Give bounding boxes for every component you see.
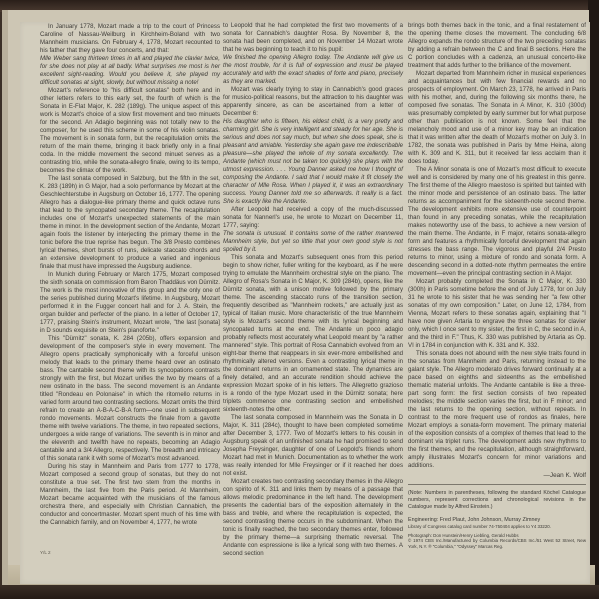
paragraph: brings both themes back in the tonic, an… xyxy=(408,22,586,70)
paragraph: Mozart departed from Mannheim richer in … xyxy=(408,70,586,166)
paragraph: In Munich during February or March 1775,… xyxy=(40,271,220,335)
paragraph: The last sonata composed in Mannheim was… xyxy=(223,414,403,478)
paragraph: Mozart probably completed the Sonata in … xyxy=(408,278,586,350)
author-signature: —Jean K. Wolf xyxy=(408,472,586,480)
paragraph: In January 1778, Mozart made a trip to t… xyxy=(40,23,220,55)
paragraph: After Leopold had received a copy of the… xyxy=(223,206,403,230)
paragraph: Mozart creates two contrasting secondary… xyxy=(223,478,403,558)
paragraph: This sonata does not abound with the new… xyxy=(408,350,586,470)
paragraph: This "Dürnitz" sonata, K. 284 (205b), of… xyxy=(40,335,220,463)
paragraph: Mozart's reference to "his difficult son… xyxy=(40,87,220,175)
engineering-credits: Engineering: Fred Plaut, John Johnson, M… xyxy=(408,517,586,524)
quote-paragraph: Mlle Weber sang thirteen times in all an… xyxy=(40,55,220,87)
quote-paragraph: The sonata is unusual. It contains some … xyxy=(223,230,403,254)
divider xyxy=(408,484,586,485)
photo-frame-bottom xyxy=(0,585,599,599)
library-of-congress-line: Library of Congress catalog card number … xyxy=(408,524,586,530)
liner-notes-column-1: In January 1778, Mozart made a trip to t… xyxy=(40,22,220,527)
liner-notes-column-3: brings both themes back in the tonic, an… xyxy=(408,22,586,549)
copyright-line: © 1974 CBS Inc./Manufactured by Columbia… xyxy=(408,538,586,549)
album-sleeve: In January 1778, Mozart made a trip to t… xyxy=(2,10,589,588)
quote-paragraph: His daughter who is fifteen, his eldest … xyxy=(223,118,403,206)
catalogue-note: (Note: Numbers in parentheses, following… xyxy=(408,490,586,511)
paragraph: During his stay in Mannheim and Paris fr… xyxy=(40,463,220,527)
quote-paragraph: We finished the opening Allegro today. T… xyxy=(223,54,403,86)
paragraph: The last sonata composed in Salzburg, bu… xyxy=(40,175,220,271)
paragraph: Mozart was clearly trying to stay in Can… xyxy=(223,86,403,118)
liner-notes-column-2: to Leopold that he had completed the fir… xyxy=(223,22,403,558)
paragraph: The A Minor sonata is one of Mozart's mo… xyxy=(408,166,586,278)
liner-notes-page: In January 1778, Mozart made a trip to t… xyxy=(20,22,590,584)
paragraph: This sonata and Mozart's subsequent ones… xyxy=(223,254,403,414)
paragraph: to Leopold that he had completed the fir… xyxy=(223,22,403,54)
catalog-mark: Y/L 2 xyxy=(40,550,51,555)
